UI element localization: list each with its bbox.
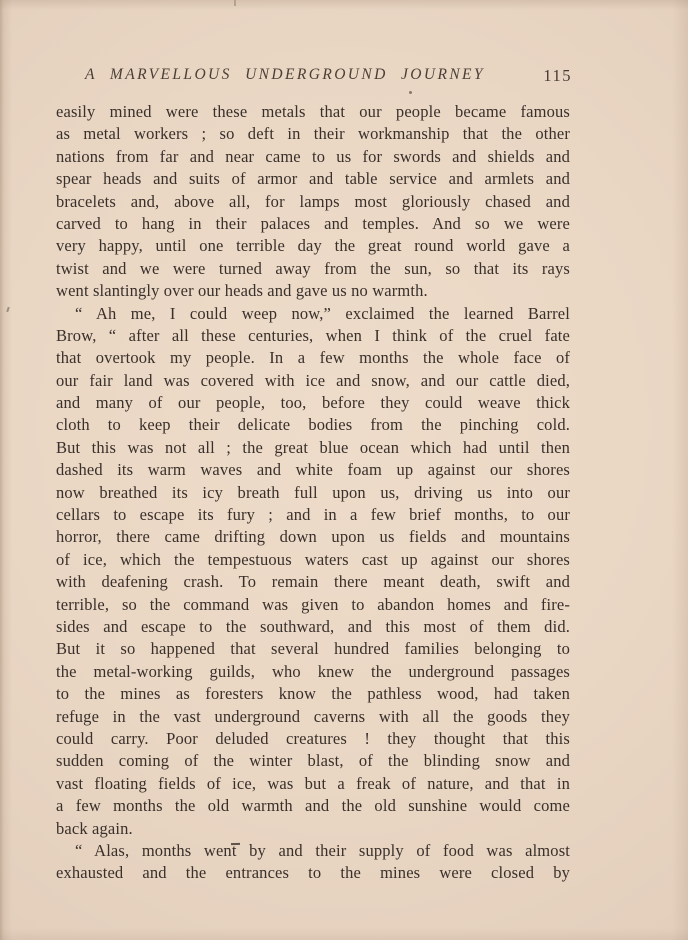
page-title: A MARVELLOUS UNDERGROUND JOURNEY bbox=[56, 66, 514, 84]
text-line: now breathed its icy breath full upon us… bbox=[56, 482, 570, 504]
text-line: cellars to escape its fury ; and in a fe… bbox=[56, 504, 570, 526]
text-line: vast floating fields of ice, was but a f… bbox=[56, 773, 570, 795]
text-line: went slantingly over our heads and gave … bbox=[56, 280, 570, 302]
text-line: dashed its warm waves and white foam up … bbox=[56, 459, 570, 481]
page-body: easily mined were these metals that our … bbox=[56, 101, 570, 885]
text-line: Brow, “ after all these centuries, when … bbox=[56, 325, 570, 347]
text-line: carved to hang in their palaces and temp… bbox=[56, 213, 570, 235]
text-line: very happy, until one terrible day the g… bbox=[56, 235, 570, 257]
text-line: could carry. Poor deluded creatures ! th… bbox=[56, 728, 570, 750]
text-line: with deafening crash. To remain there me… bbox=[56, 571, 570, 593]
scan-artifact bbox=[234, 0, 236, 6]
text-line: bracelets and, above all, for lamps most… bbox=[56, 191, 570, 213]
running-header: A MARVELLOUS UNDERGROUND JOURNEY 115 bbox=[56, 66, 574, 90]
text-line: refuge in the vast underground caverns w… bbox=[56, 706, 570, 728]
text-line: nations from far and near came to us for… bbox=[56, 146, 570, 168]
page-number: 115 bbox=[543, 66, 572, 86]
text-line: the metal-working guilds, who knew the u… bbox=[56, 661, 570, 683]
text-line: as metal workers ; so deft in their work… bbox=[56, 123, 570, 145]
text-line: sides and escape to the southward, and t… bbox=[56, 616, 570, 638]
scan-artifact bbox=[409, 91, 412, 94]
text-line: terrible, so the command was given to ab… bbox=[56, 594, 570, 616]
text-line: a few months the old warmth and the old … bbox=[56, 795, 570, 817]
text-line: our fair land was covered with ice and s… bbox=[56, 370, 570, 392]
text-line: sudden coming of the winter blast, of th… bbox=[56, 750, 570, 772]
text-line: that overtook my people. In a few months… bbox=[56, 347, 570, 369]
text-line: easily mined were these metals that our … bbox=[56, 101, 570, 123]
scan-artifact bbox=[6, 307, 9, 312]
text-line: spear heads and suits of armor and table… bbox=[56, 168, 570, 190]
text-line: of ice, which the tempestuous waters cas… bbox=[56, 549, 570, 571]
text-line: twist and we were turned away from the s… bbox=[56, 258, 570, 280]
text-line: back again. bbox=[56, 818, 570, 840]
text-line: and many of our people, too, before they… bbox=[56, 392, 570, 414]
text-line: But it so happened that several hundred … bbox=[56, 638, 570, 660]
text-line: But this was not all ; the great blue oc… bbox=[56, 437, 570, 459]
text-line: “ Ah me, I could weep now,” exclaimed th… bbox=[56, 303, 570, 325]
text-line: to the mines as foresters know the pathl… bbox=[56, 683, 570, 705]
text-line: cloth to keep their delicate bodies from… bbox=[56, 414, 570, 436]
scanned-book-page: A MARVELLOUS UNDERGROUND JOURNEY 115 eas… bbox=[0, 0, 688, 940]
text-line: horror, there came drifting down upon us… bbox=[56, 526, 570, 548]
scan-artifact bbox=[231, 843, 240, 845]
text-line: exhausted and the entrances to the mines… bbox=[56, 862, 570, 884]
text-line: “ Alas, months went by and their supply … bbox=[56, 840, 570, 862]
